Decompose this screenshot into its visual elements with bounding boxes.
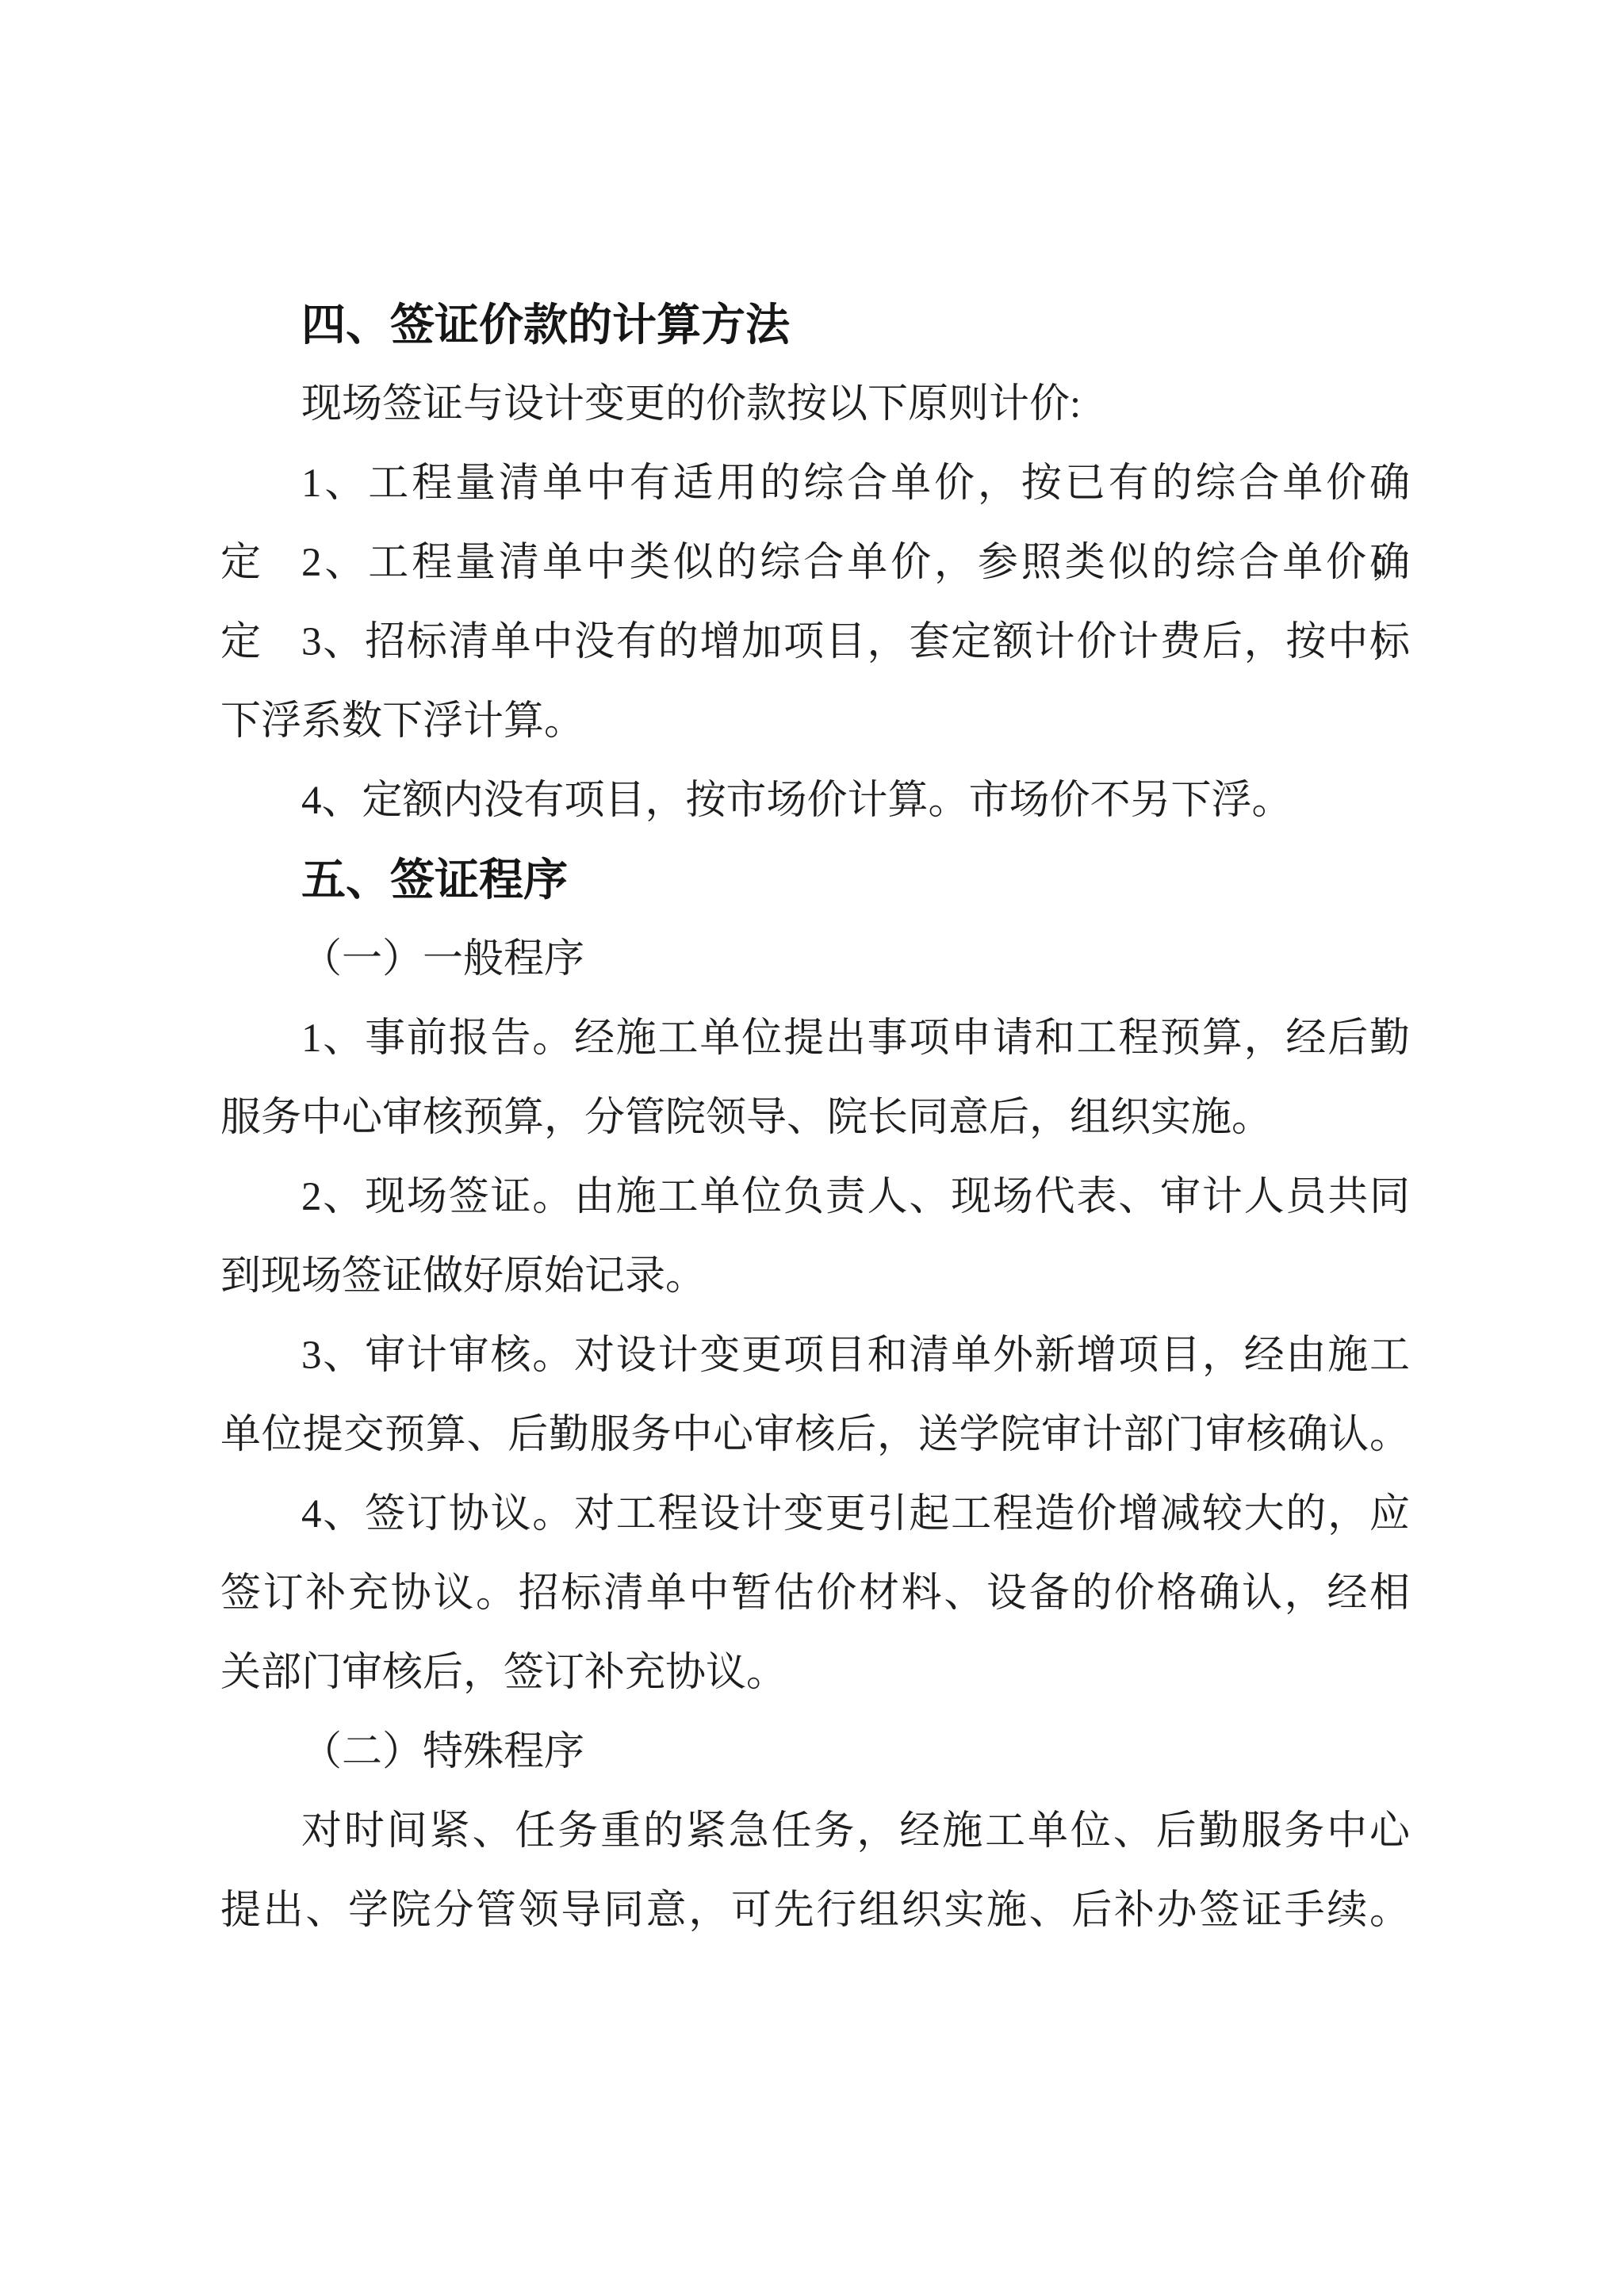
paragraph-line: 对时间紧、任务重的紧急任务，经施工单位、后勤服务中心 xyxy=(220,1792,1410,1871)
paragraph-line: 4、定额内没有项目，按市场价计算。市场价不另下浮。 xyxy=(220,761,1410,840)
paragraph-line: 服务中心审核预算，分管院领导、院长同意后，组织实施。 xyxy=(220,1078,1410,1158)
section-heading: 四、签证价款的计算方法 xyxy=(220,285,1410,365)
paragraph-line: （二）特殊程序 xyxy=(220,1712,1410,1792)
paragraph-line: 3、招标清单中没有的增加项目，套定额计价计费后，按中标 xyxy=(220,603,1410,682)
paragraph-line: 下浮系数下浮计算。 xyxy=(220,682,1410,761)
paragraph-line: 3、审计审核。对设计变更项目和清单外新增项目，经由施工 xyxy=(220,1316,1410,1395)
paragraph-line: 关部门审核后，签订补充协议。 xyxy=(220,1633,1410,1712)
section-heading: 五、签证程序 xyxy=(220,840,1410,920)
paragraph-line: （一）一般程序 xyxy=(220,920,1410,999)
paragraph-line: 1、工程量清单中有适用的综合单价，按已有的综合单价确定； xyxy=(220,444,1410,523)
paragraph-line: 单位提交预算、后勤服务中心审核后，送学院审计部门审核确认。 xyxy=(220,1395,1410,1475)
paragraph-line: 签订补充协议。招标清单中暂估价材料、设备的价格确认，经相 xyxy=(220,1554,1410,1633)
paragraph-line: 提出、学院分管领导同意，可先行组织实施、后补办签证手续。 xyxy=(220,1871,1410,1950)
document-content: 四、签证价款的计算方法现场签证与设计变更的价款按以下原则计价:1、工程量清单中有… xyxy=(220,285,1410,1950)
paragraph-line: 2、工程量清单中类似的综合单价，参照类似的综合单价确定； xyxy=(220,523,1410,603)
paragraph-line: 1、事前报告。经施工单位提出事项申请和工程预算，经后勤 xyxy=(220,999,1410,1078)
document-page: 四、签证价款的计算方法现场签证与设计变更的价款按以下原则计价:1、工程量清单中有… xyxy=(0,0,1624,2296)
paragraph-line: 2、现场签证。由施工单位负责人、现场代表、审计人员共同 xyxy=(220,1158,1410,1237)
paragraph-line: 到现场签证做好原始记录。 xyxy=(220,1237,1410,1316)
paragraph-line: 4、签订协议。对工程设计变更引起工程造价增减较大的，应 xyxy=(220,1475,1410,1554)
paragraph-line: 现场签证与设计变更的价款按以下原则计价: xyxy=(220,365,1410,444)
